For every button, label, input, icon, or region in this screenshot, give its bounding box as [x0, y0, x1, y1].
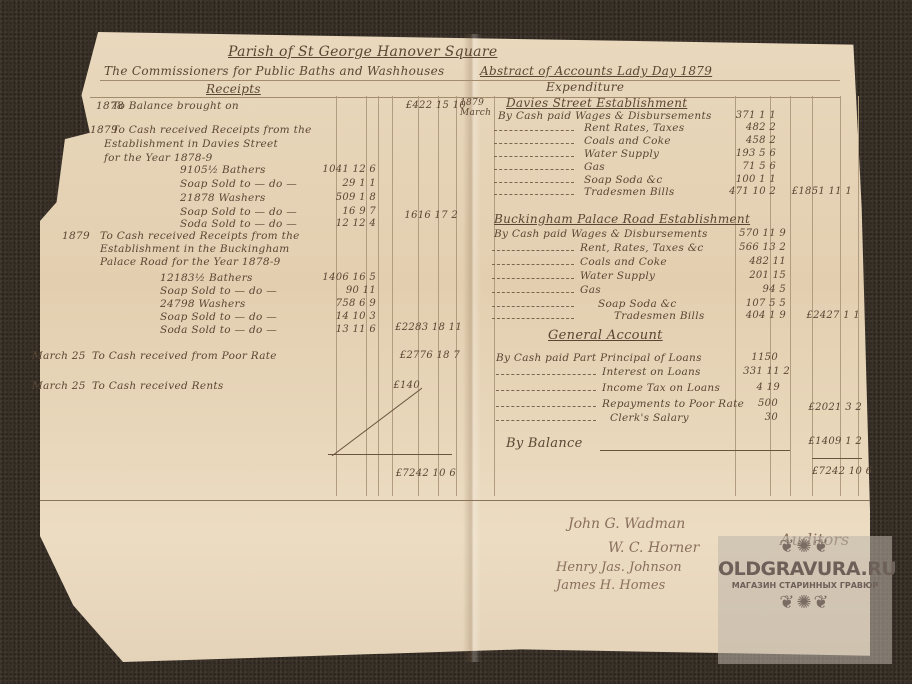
signature: W. C. Horner	[608, 540, 699, 556]
davies-total: 1616 17 2	[392, 210, 458, 221]
cancel-diagonal	[330, 386, 422, 456]
exp-item-label: Water Supply	[584, 148, 659, 160]
exp-item-amount: 1150	[740, 352, 778, 363]
receipt-item-amount: 13 11 6	[318, 324, 376, 335]
receipt-item-amount: 1041 12 6	[320, 164, 376, 175]
exp-item-label: By Cash paid Part Principal of Loans	[496, 352, 702, 364]
exp-item-label: Soap Soda &c	[584, 174, 663, 186]
ditto-dash	[494, 130, 574, 132]
bp-total: £2283 18 11	[380, 322, 462, 333]
ditto-dash	[492, 292, 574, 294]
receipt-item-label: 9105½ Bathers	[180, 164, 266, 176]
bp-exp-total: £2427 1 1	[786, 310, 860, 321]
col-rule	[456, 96, 457, 496]
exp-item-amount: 500	[740, 398, 778, 409]
ditto-dash	[496, 390, 596, 392]
exp-item-label: Tradesmen Bills	[614, 310, 705, 322]
receipt-item-label: 21878 Washers	[180, 192, 266, 204]
ditto-dash	[492, 306, 574, 308]
exp-item-amount: 100 1 1	[728, 174, 776, 185]
receipt-item-amount: 509 1 8	[320, 192, 376, 203]
receipt-item-amount: 90 11	[318, 285, 376, 296]
receipt-item-label: 24798 Washers	[160, 298, 246, 310]
exp-item-label: Water Supply	[580, 270, 655, 282]
exp-item-amount: 458 2	[728, 135, 776, 146]
expenditure-grand-total: £7242 10 6	[812, 466, 872, 477]
ditto-dash	[492, 318, 574, 320]
signature: John G. Wadman	[568, 516, 685, 532]
exp-item-label: Rent Rates, Taxes	[584, 122, 684, 134]
exp-item-label: Interest on Loans	[602, 366, 701, 378]
receipt-item-label: 12183½ Bathers	[160, 272, 253, 284]
exp-item-amount: 471 10 2	[728, 186, 776, 197]
exp-item-amount: 482 2	[728, 122, 776, 133]
bottom-rule	[40, 500, 870, 501]
exp-item-amount: 331 11 2	[740, 366, 790, 377]
exp-item-label: Clerk's Salary	[610, 412, 689, 424]
exp-item-amount: 107 5 5	[738, 298, 786, 309]
exp-item-amount: 570 11 9	[738, 228, 786, 239]
receipt-item-amount: 12 12 4	[320, 218, 376, 229]
davies-exp-total: £1851 11 1	[780, 186, 852, 197]
total-rule	[328, 454, 452, 455]
receipt-item-label: Soda Sold to — do —	[180, 218, 297, 230]
receipts-heading: Receipts	[206, 82, 261, 96]
receipt-item-label: Soap Sold to — do —	[160, 311, 277, 323]
signature: James H. Homes	[556, 578, 665, 593]
bp-intro-line: Palace Road for the Year 1878-9	[100, 256, 281, 268]
ditto-dash	[496, 406, 596, 408]
by-balance-label: By Balance	[506, 436, 583, 451]
balance-total: £1409 1 2	[800, 436, 862, 447]
receipt-item-label: Soap Sold to — do —	[180, 178, 297, 190]
rents-date: March 25	[32, 380, 86, 392]
exp-item-label: By Cash paid Wages & Disbursements	[494, 228, 708, 240]
general-total: £2021 3 2	[800, 402, 862, 413]
exp-item-amount: 371 1 1	[728, 110, 776, 121]
exp-item-label: Repayments to Poor Rate	[602, 398, 744, 410]
general-heading: General Account	[548, 328, 663, 343]
exp-item-label: Soap Soda &c	[598, 298, 677, 310]
watermark-site: OLDGRAVURA.RU	[718, 558, 892, 580]
exp-item-label: Gas	[580, 284, 601, 296]
receipt-item-amount: 1406 16 5	[318, 272, 376, 283]
davies-heading: Davies Street Establishment	[506, 96, 687, 110]
ditto-dash	[492, 250, 574, 252]
subtitle-left: The Commissioners for Public Baths and W…	[104, 64, 445, 78]
ditto-dash	[492, 278, 574, 280]
ditto-dash	[494, 194, 574, 196]
center-fold	[463, 34, 481, 662]
bp-intro-line: Establishment in the Buckingham	[100, 243, 289, 255]
ditto-dash	[496, 420, 596, 422]
subtitle-right: Abstract of Accounts Lady Day 1879	[480, 64, 712, 78]
total-rule	[812, 458, 862, 459]
receipt-item-amount: 14 10 3	[318, 311, 376, 322]
col-rule	[790, 96, 791, 496]
exp-item-amount: 404 1 9	[738, 310, 786, 321]
bp-heading: Buckingham Palace Road Establishment	[494, 212, 750, 226]
ditto-dash	[494, 143, 574, 145]
ornament-icon: ❦✺❦	[718, 536, 892, 558]
exp-item-label: Coals and Coke	[580, 256, 667, 268]
balance-rule	[600, 450, 790, 451]
ornament-icon: ❦✺❦	[718, 592, 892, 614]
receipt-item-amount: 758 6 9	[318, 298, 376, 309]
exp-item-amount: 566 13 2	[738, 242, 786, 253]
exp-item-amount: 71 5 6	[728, 161, 776, 172]
exp-item-amount: 30	[740, 412, 778, 423]
exp-date: 1879 March	[460, 98, 490, 118]
watermark-shop: МАГАЗИН СТАРИННЫХ ГРАВЮР	[718, 580, 892, 592]
ditto-dash	[494, 182, 574, 184]
title-rule	[100, 80, 840, 81]
receipt-item-amount: 16 9 7	[320, 206, 376, 217]
exp-item-label: Income Tax on Loans	[602, 382, 720, 394]
exp-item-label: Gas	[584, 161, 605, 173]
exp-item-amount: 94 5	[738, 284, 786, 295]
exp-item-label: Rent, Rates, Taxes &c	[580, 242, 704, 254]
bp-date: 1879	[62, 230, 90, 242]
davies-intro-line: Establishment in Davies Street	[104, 138, 278, 150]
ditto-dash	[494, 156, 574, 158]
exp-item-amount: 4 19	[740, 382, 780, 393]
receipt-item-label: Soda Sold to — do —	[160, 324, 277, 336]
davies-intro-line: To Cash received Receipts from the	[112, 124, 312, 136]
exp-item-label: By Cash paid Wages & Disbursements	[498, 110, 712, 122]
signature: Henry Jas. Johnson	[556, 560, 682, 575]
exp-item-label: Tradesmen Bills	[584, 186, 675, 198]
balance-label: To Balance brought on	[112, 100, 239, 112]
ditto-dash	[492, 264, 574, 266]
poor-rate-total: £2776 18 7	[380, 350, 460, 361]
expenditure-heading: Expenditure	[546, 80, 624, 94]
exp-item-amount: 201 15	[738, 270, 786, 281]
poor-rate-date: March 25	[32, 350, 86, 362]
receipt-item-label: Soap Sold to — do —	[160, 285, 277, 297]
ditto-dash	[494, 169, 574, 171]
document-title: Parish of St George Hanover Square	[228, 44, 497, 60]
balance-total: £422 15 10	[380, 100, 466, 111]
rents-label: To Cash received Rents	[92, 380, 224, 392]
poor-rate-label: To Cash received from Poor Rate	[92, 350, 277, 362]
receipt-item-amount: 29 1 1	[320, 178, 376, 189]
watermark: ❦✺❦ OLDGRAVURA.RU МАГАЗИН СТАРИННЫХ ГРАВ…	[718, 536, 892, 664]
receipt-item-label: Soap Sold to — do —	[180, 206, 297, 218]
exp-item-label: Coals and Coke	[584, 135, 671, 147]
exp-item-amount: 193 5 6	[728, 148, 776, 159]
bp-intro-line: To Cash received Receipts from the	[100, 230, 300, 242]
col-rule	[438, 96, 439, 496]
exp-item-amount: 482 11	[738, 256, 786, 267]
davies-intro-line: for the Year 1878-9	[104, 152, 213, 164]
ditto-dash	[496, 374, 596, 376]
receipts-grand-total: £7242 10 6	[356, 468, 456, 479]
